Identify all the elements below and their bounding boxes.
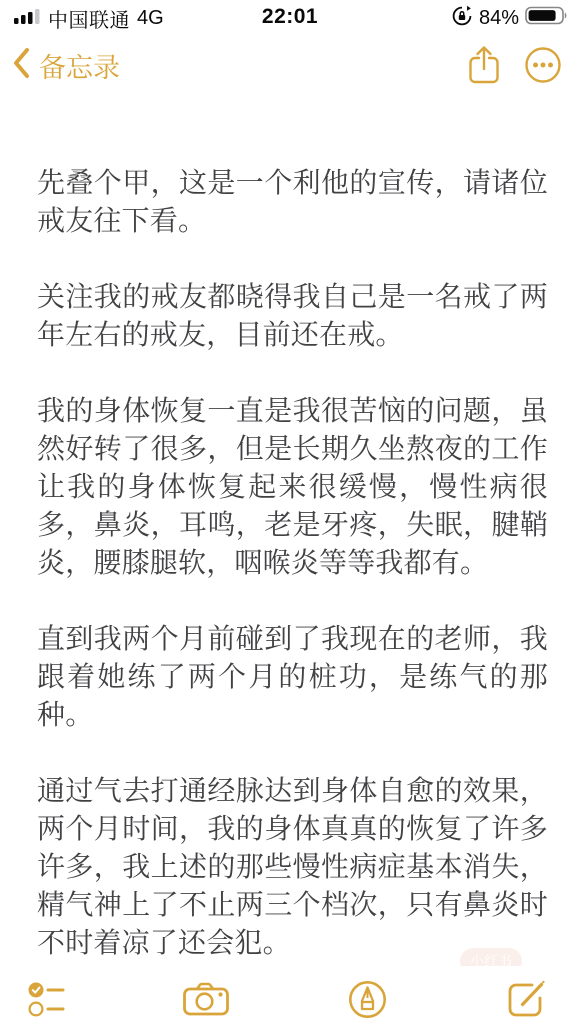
compose-icon (505, 978, 547, 1020)
more-ellipsis-icon (524, 46, 562, 84)
more-button[interactable] (524, 46, 562, 84)
note-paragraph: 先叠个甲，这是一个利他的宣传，请诸位戒友往下看。 (37, 164, 548, 240)
battery-icon (525, 5, 568, 31)
share-icon (468, 45, 500, 85)
back-chevron-icon (12, 47, 30, 84)
camera-icon (183, 982, 229, 1016)
notes-app-screen: 中国联通 4G 22:01 84% (0, 0, 580, 1032)
bottom-toolbar (0, 966, 580, 1032)
checklist-icon (27, 981, 65, 1018)
note-paragraph: 通过气去打通经脉达到身体自愈的效果，两个月时间，我的身体真真的恢复了许多许多，我… (37, 772, 548, 962)
carrier-label: 中国联通 (48, 4, 130, 33)
orientation-lock-icon (451, 5, 473, 32)
compose-button[interactable] (505, 978, 547, 1020)
back-button-label: 备忘录 (39, 46, 120, 85)
status-bar: 中国联通 4G 22:01 84% (0, 0, 580, 34)
note-body[interactable]: 先叠个甲，这是一个利他的宣传，请诸位戒友往下看。 关注我的戒友都晓得我自己是一名… (0, 96, 580, 962)
markup-pen-icon (348, 980, 387, 1019)
markup-button[interactable] (348, 980, 387, 1019)
battery-percent-label: 84% (479, 7, 519, 30)
camera-button[interactable] (183, 982, 229, 1016)
note-paragraph: 我的身体恢复一直是我很苦恼的问题，虽然好转了很多，但是长期久坐熬夜的工作让我的身… (37, 392, 548, 582)
nav-actions (468, 45, 562, 85)
back-button[interactable]: 备忘录 (12, 46, 120, 85)
status-bar-left: 中国联通 4G (14, 4, 164, 33)
note-paragraph: 关注我的戒友都晓得我自己是一名戒了两年左右的戒友，目前还在戒。 (37, 278, 548, 354)
checklist-button[interactable] (27, 981, 65, 1018)
status-bar-right: 84% (451, 5, 568, 32)
note-paragraph: 直到我两个月前碰到了我现在的老师，我跟着她练了两个月的桩功，是练气的那种。 (37, 620, 548, 734)
signal-bars-icon (14, 7, 41, 30)
network-type-label: 4G (137, 7, 164, 30)
share-button[interactable] (468, 45, 500, 85)
clock-time: 22:01 (262, 5, 318, 29)
nav-bar: 备忘录 (0, 34, 580, 96)
